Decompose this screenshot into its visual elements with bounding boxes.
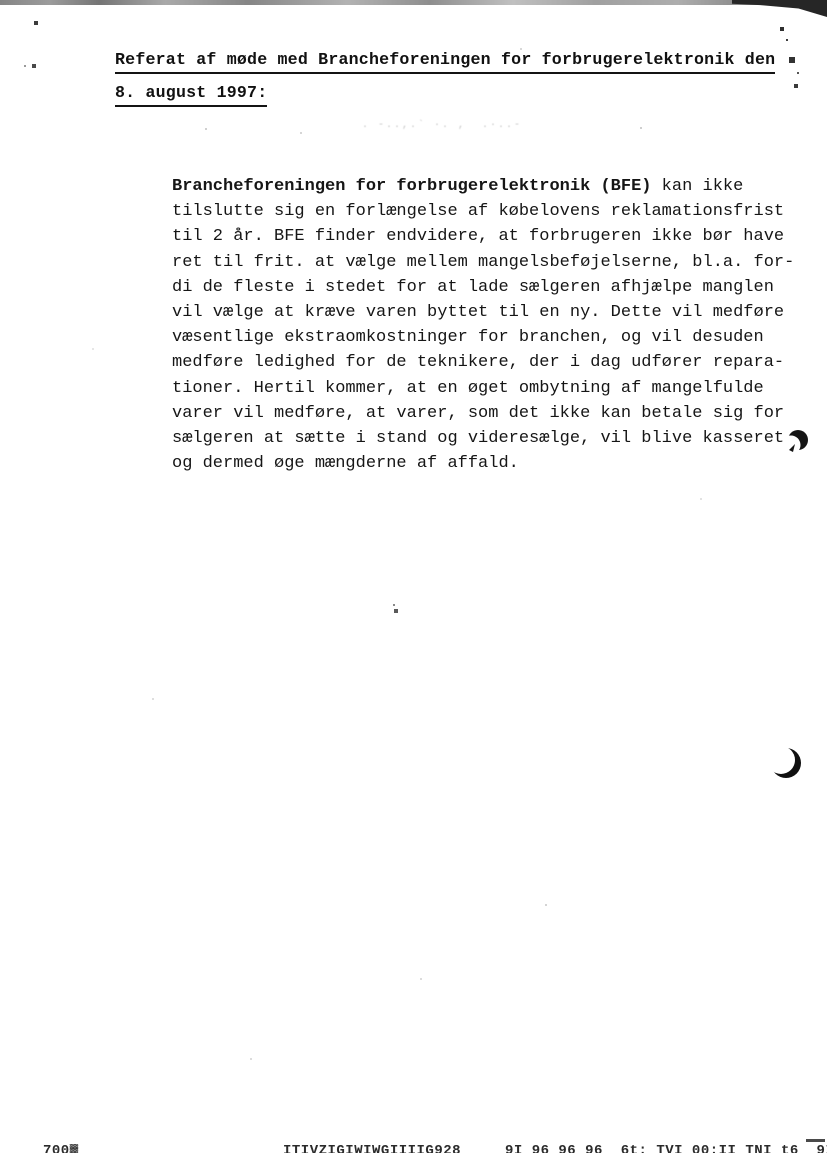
hole-punch-crescent-mark bbox=[770, 742, 804, 786]
body-line: tioner. Hertil kommer, at en øget ombytn… bbox=[172, 376, 794, 401]
body-line: og dermed øge mængderne af affald. bbox=[172, 451, 794, 476]
body-line: til 2 år. BFE finder endvidere, at forbr… bbox=[172, 224, 794, 249]
body-line-text: kan ikke bbox=[651, 177, 743, 196]
title-text-line1: Referat af møde med Brancheforeningen fo… bbox=[115, 50, 775, 74]
body-line: medføre ledighed for de teknikere, der i… bbox=[172, 350, 794, 375]
body-line: ret til frit. at vælge mellem mangelsbef… bbox=[172, 250, 794, 275]
body-line: di de fleste i stedet for at lade sælger… bbox=[172, 275, 794, 300]
cut-off-fax-footer: 700▓ ITIVZIGIWIWGIIIIG928 9I 96 96 96 6t… bbox=[0, 1144, 827, 1153]
document-title-line1: Referat af møde med Brancheforeningen fo… bbox=[115, 50, 775, 74]
body-line: sælgeren at sætte i stand og videresælge… bbox=[172, 426, 794, 451]
document-title: Referat af møde med Brancheforeningen fo… bbox=[115, 50, 775, 116]
body-line: varer vil medføre, at varer, som det ikk… bbox=[172, 401, 794, 426]
fax-footer-left: 700▓ bbox=[43, 1144, 79, 1153]
scanned-document-page: Referat af møde med Brancheforeningen fo… bbox=[0, 0, 827, 1163]
ink-blot-mark bbox=[785, 428, 809, 458]
fax-footer-dash-mark bbox=[806, 1139, 825, 1142]
fax-footer-right: 9I 96 96 96 6t: TVI 00:II TNI t6 9I/t7 bbox=[505, 1144, 827, 1153]
body-line: vil vælge at kræve varen byttet til en n… bbox=[172, 300, 794, 325]
body-line: væsentlige ekstraomkostninger for branch… bbox=[172, 325, 794, 350]
bold-lead-text: Brancheforeningen for forbrugerelektroni… bbox=[172, 177, 651, 196]
scan-edge-artifact-top bbox=[0, 0, 827, 5]
document-body-paragraph: Brancheforeningen for forbrugerelektroni… bbox=[172, 174, 794, 476]
document-title-line2: 8. august 1997: bbox=[115, 83, 775, 107]
scan-noise-speckles bbox=[0, 0, 2, 2]
body-line: Brancheforeningen for forbrugerelektroni… bbox=[172, 174, 794, 199]
scan-corner-artifact bbox=[732, 0, 827, 17]
title-text-line2: 8. august 1997: bbox=[115, 83, 267, 107]
body-line: tilslutte sig en forlængelse af købelove… bbox=[172, 199, 794, 224]
fax-footer-center: ITIVZIGIWIWGIIIIG928 bbox=[283, 1144, 461, 1153]
faint-ghost-text: . -..,.` ·. , .·..- bbox=[362, 120, 577, 131]
